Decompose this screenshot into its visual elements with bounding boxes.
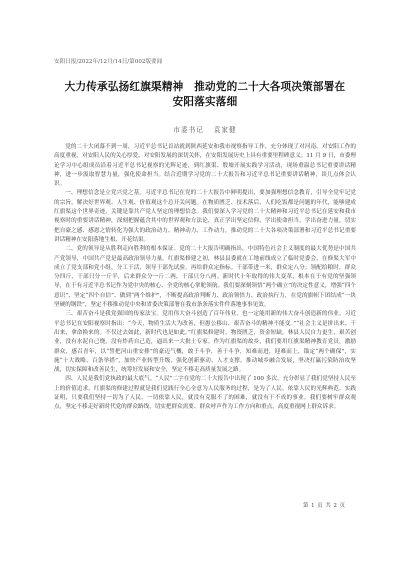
author-role: 市委书记 — [173, 126, 203, 134]
article-body: 党的二十大闭幕不到一周，习近平总书记首站就到陕西延安和我市视察指导工作，充分体现… — [54, 143, 356, 413]
title-line-2: 安阳落实落细 — [30, 95, 380, 110]
paragraph-3: 三、艰苦奋斗是我党强国的传家法宝。党用伟大奋斗创造了百年伟业，也一定能用新的伟大… — [54, 310, 356, 375]
paragraph-2: 二、党的领导是从胜利走向胜利的根本保证。党的二十大报告明确指出，中国特色社会主义… — [54, 245, 356, 310]
paragraph-intro: 党的二十大闭幕不到一周，习近平总书记首站就到陕西延安和我市视察指导工作，充分体现… — [54, 143, 356, 189]
article-title: 大力传承弘扬红旗渠精神 推动党的二十大各项决策部署在 安阳落实落细 — [30, 80, 380, 110]
author-name: 袁家健 — [214, 126, 237, 134]
title-line-1: 大力传承弘扬红旗渠精神 推动党的二十大各项决策部署在 — [30, 80, 380, 95]
paragraph-1: 一、理想信念是立党兴党之基。习近平总书记在党的二十大报告中鲜明提出，要加强理想信… — [54, 189, 356, 245]
source-line: 安阳日报/2022年/12月/14日/第002版要闻 — [54, 58, 214, 67]
page-number: 第 1 页 共 2 页 — [303, 501, 346, 509]
paragraph-4: 四、人民是我们党执政的最大底气。“人民”二字在党的二十大报告中出现了 100 多… — [54, 375, 356, 412]
byline: 市委书记袁家健 — [0, 124, 410, 134]
document-page: 安阳日报/2022年/12月/14日/第002版要闻 大力传承弘扬红旗渠精神 推… — [0, 0, 410, 580]
